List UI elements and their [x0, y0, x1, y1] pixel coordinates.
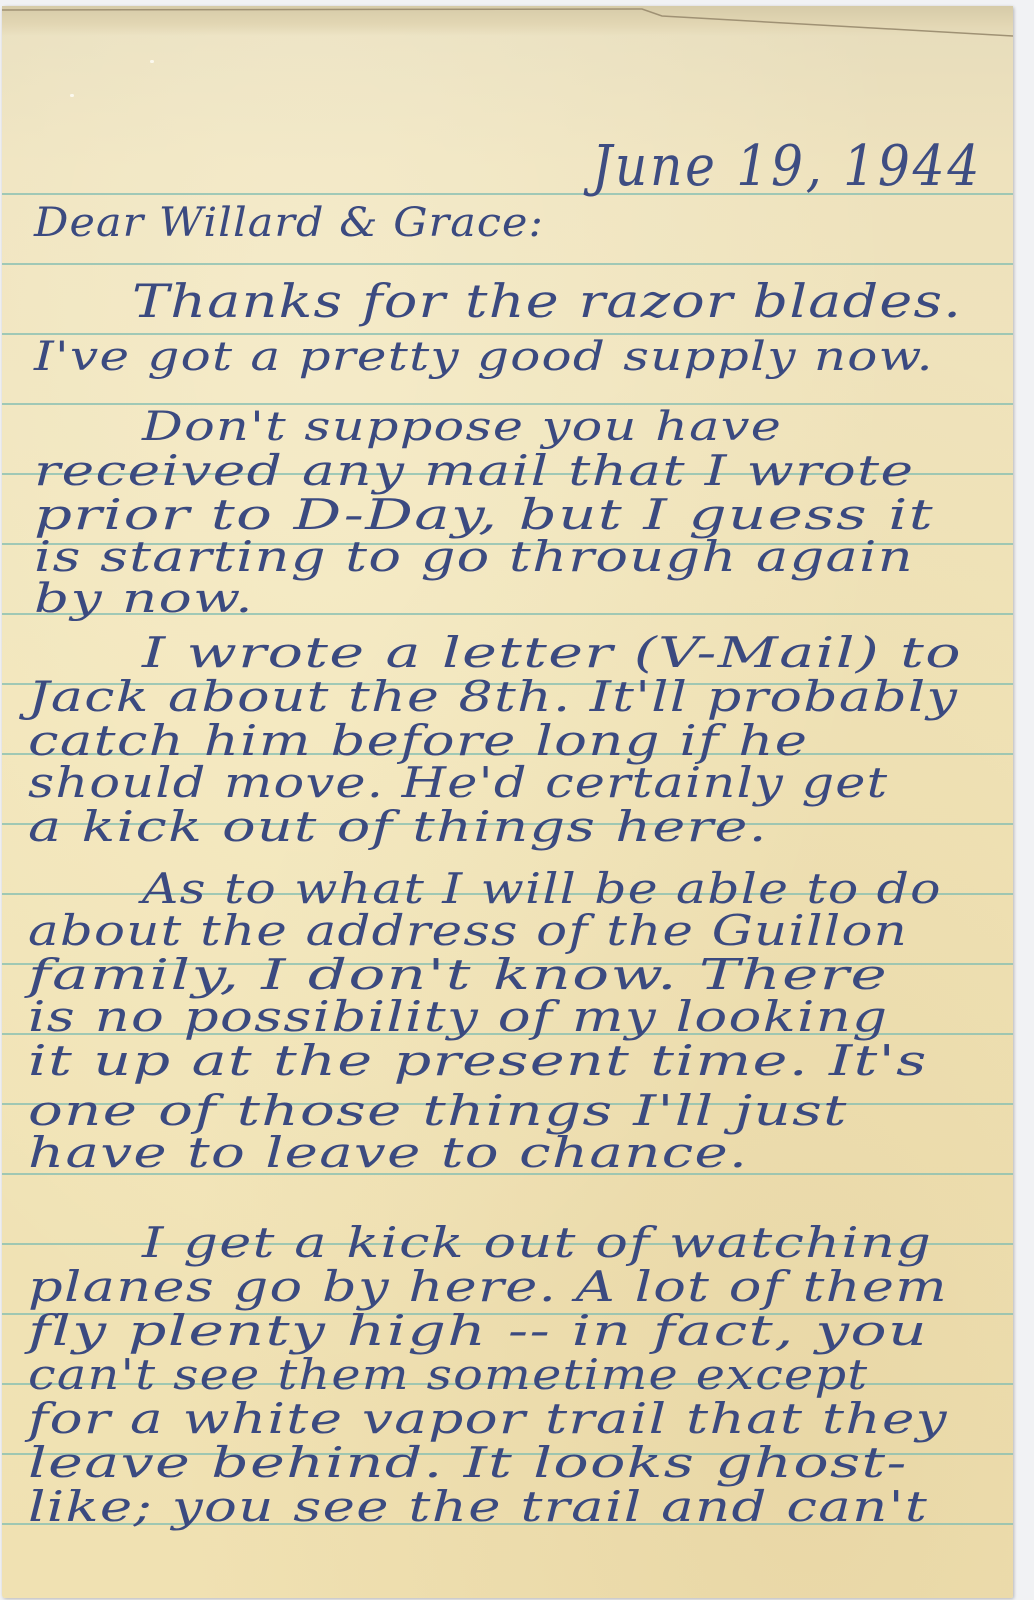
letter-line: a kick out of things here.: [28, 802, 768, 851]
letter-line: by now.: [34, 576, 254, 622]
letter-date: June 19, 1944: [592, 134, 982, 199]
letter-line: like; you see the trail and can't: [28, 1482, 928, 1531]
letter-sheet: June 19, 1944 Dear Willard & Grace: Than…: [2, 6, 1013, 1598]
salutation: Dear Willard & Grace:: [34, 200, 544, 246]
letter-line: Thanks for the razor blades.: [132, 274, 962, 328]
letter-line: fly plenty high -- in fact, you: [28, 1306, 928, 1355]
letter-line: is no possibility of my looking: [28, 992, 888, 1041]
letter-line: for a white vapor trail that they: [28, 1394, 948, 1443]
letter-line: planes go by here. A lot of them: [28, 1262, 948, 1311]
paper-speck: [150, 60, 154, 63]
letter-line: is starting to go through again: [34, 532, 914, 581]
letter-line: I wrote a letter (V-Mail) to: [142, 628, 962, 677]
letter-line: can't see them sometime except: [28, 1350, 868, 1399]
letter-line: Don't suppose you have: [142, 404, 782, 450]
letter-line: should move. He'd certainly get: [28, 758, 888, 807]
letter-line: received any mail that I wrote: [34, 446, 914, 495]
letter-line: about the address of the Guillon: [28, 906, 908, 955]
letter-line: I get a kick out of watching: [142, 1218, 932, 1267]
letter-line: Jack about the 8th. It'll probably: [28, 672, 958, 721]
paper-speck: [70, 94, 74, 97]
letter-line: I've got a pretty good supply now.: [34, 334, 934, 380]
fold-crease: [2, 6, 1013, 40]
letter-line: it up at the present time. It's: [28, 1036, 928, 1085]
letter-line: leave behind. It looks ghost-: [28, 1438, 908, 1487]
letter-line: have to leave to chance.: [28, 1128, 748, 1177]
ruled-line: [2, 263, 1013, 265]
